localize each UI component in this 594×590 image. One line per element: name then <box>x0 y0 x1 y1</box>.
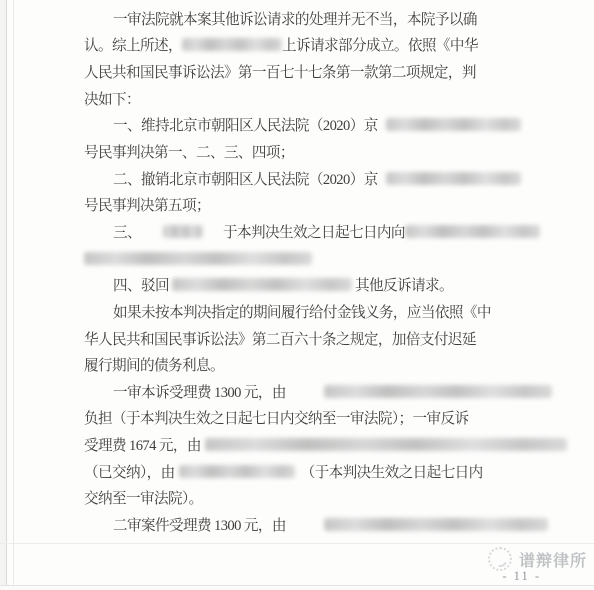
text-line: 受理费 1674 元，由 <box>84 431 490 458</box>
law-firm-seal-icon <box>488 547 512 571</box>
watermark: 谱辩律所 <box>488 547 587 571</box>
redaction-blur <box>179 465 295 478</box>
redaction-blur <box>205 438 567 451</box>
redaction-blur <box>84 252 312 265</box>
line-text: 四、驳回 <box>113 274 169 295</box>
text-line: 三、于本判决生效之日起七日内向 <box>84 218 490 245</box>
line-text: 交纳至一审法院）。 <box>84 487 203 508</box>
redaction-blur <box>172 278 352 291</box>
line-text: （于本判决生效之日起七日内 <box>301 461 483 482</box>
redaction-blur <box>324 518 548 531</box>
spacing-gap <box>378 178 386 179</box>
spacing-gap <box>286 391 324 392</box>
line-text: 上诉请求部分成立。依照《中华 <box>282 34 478 55</box>
text-line: 负担（于本判决生效之日起七日内交纳至一审法院）；一审反诉 <box>84 405 490 432</box>
scan-edge-left-line <box>6 0 7 590</box>
text-line: 认。综上所述，上诉请求部分成立。依照《中华 <box>84 32 490 59</box>
text-line: 一审法院就本案其他诉讼请求的处理并无不当，本院予以确 <box>84 5 490 32</box>
text-line: 二、撤销北京市朝阳区人民法院（2020）京 <box>84 165 490 192</box>
line-text: 号民事判决第五项； <box>84 194 210 215</box>
line-text: 三、 <box>113 221 141 242</box>
line-text: 认。综上所述， <box>84 34 182 55</box>
line-text: 号民事判决第一、二、三、四项； <box>84 141 294 162</box>
spacing-gap <box>141 231 163 232</box>
line-text: 人民共和国民事诉讼法》第一百七十七条第一款第二项规定，判 <box>84 61 476 82</box>
redaction-blur <box>405 225 540 238</box>
line-text: 二、撤销北京市朝阳区人民法院（2020）京 <box>113 168 378 189</box>
line-text: 一审本诉受理费 1300 元，由 <box>113 381 286 402</box>
text-line: 履行期间的债务利息。 <box>84 351 490 378</box>
line-text: 其他反诉请求。 <box>355 274 453 295</box>
scan-artifact-line <box>0 543 594 544</box>
text-line: 二审案件受理费 1300 元，由 <box>84 511 490 538</box>
text-line <box>84 245 490 272</box>
line-text: 于本判决生效之日起七日内向 <box>223 221 405 242</box>
line-text: 如果未按本判决指定的期间履行给付金钱义务，应当依照《中 <box>113 301 491 322</box>
line-text: 决如下： <box>84 88 140 109</box>
spacing-gap <box>203 231 223 232</box>
text-line: 交纳至一审法院）。 <box>84 485 490 512</box>
text-line: 如果未按本判决指定的期间履行给付金钱义务，应当依照《中 <box>84 298 490 325</box>
line-text: 负担（于本判决生效之日起七日内交纳至一审法院）；一审反诉 <box>84 407 469 428</box>
line-text: 履行期间的债务利息。 <box>84 354 224 375</box>
scanned-judgment-page: 一审法院就本案其他诉讼请求的处理并无不当，本院予以确认。综上所述，上诉请求部分成… <box>0 0 594 590</box>
scan-edge-bottom-strip <box>0 586 594 590</box>
line-text: 华人民共和国民事诉讼法》第二百六十条之规定，加倍支付迟延 <box>84 328 476 349</box>
spacing-gap <box>378 124 386 125</box>
watermark-label: 谱辩律所 <box>519 548 587 571</box>
text-line: 一、维持北京市朝阳区人民法院（2020）京 <box>84 112 490 139</box>
text-line: 人民共和国民事诉讼法》第一百七十七条第一款第二项规定，判 <box>84 58 490 85</box>
line-text: （已交纳），由 <box>84 461 175 482</box>
spacing-gap <box>286 524 324 525</box>
scan-edge-left-line-2 <box>13 0 14 590</box>
text-line: 一审本诉受理费 1300 元，由 <box>84 378 490 405</box>
text-line: 号民事判决第五项； <box>84 191 490 218</box>
line-text: 一、维持北京市朝阳区人民法院（2020）京 <box>113 114 378 135</box>
document-body: 一审法院就本案其他诉讼请求的处理并无不当，本院予以确认。综上所述，上诉请求部分成… <box>84 5 490 538</box>
redaction-blur <box>386 172 521 185</box>
line-text: 一审法院就本案其他诉讼请求的处理并无不当，本院予以确 <box>113 8 477 29</box>
redaction-blur <box>386 118 521 131</box>
line-text: 受理费 1674 元，由 <box>84 434 201 455</box>
text-line: 四、驳回其他反诉请求。 <box>84 271 490 298</box>
redaction-blur <box>182 38 282 51</box>
line-text: 二审案件受理费 1300 元，由 <box>113 514 286 535</box>
page-number: - 11 - <box>502 569 541 584</box>
text-line: （已交纳），由（于本判决生效之日起七日内 <box>84 458 490 485</box>
text-line: 决如下： <box>84 85 490 112</box>
redaction-blur <box>163 225 203 238</box>
text-line: 华人民共和国民事诉讼法》第二百六十条之规定，加倍支付迟延 <box>84 325 490 352</box>
text-line: 号民事判决第一、二、三、四项； <box>84 138 490 165</box>
redaction-blur <box>324 385 552 398</box>
